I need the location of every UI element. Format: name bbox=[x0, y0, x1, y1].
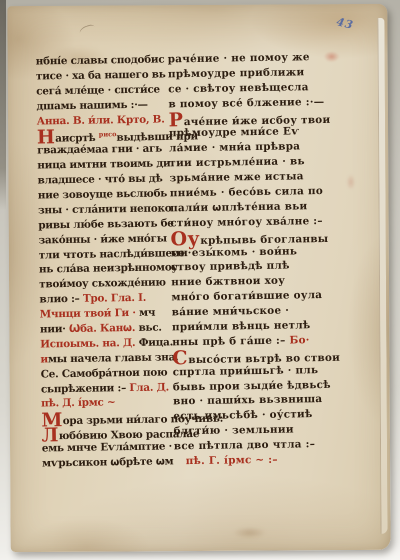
text-black: есть имьсѣбѣ · оу́стиѣ bbox=[173, 409, 312, 423]
text-black: дшамь нашимь :·— bbox=[36, 98, 147, 112]
text-red: рисо bbox=[99, 131, 117, 139]
drop-initial-red: Оу bbox=[170, 228, 200, 250]
text-black: сега́ мле́ще · спсти́се bbox=[36, 83, 160, 97]
text-black: ривы лю́бе вьзають бе bbox=[38, 217, 173, 231]
manuscript-line: мѵрьсикон ѡбрѣте ѡм bbox=[42, 455, 163, 472]
text-black: ние зовоуще вьслюбь bbox=[38, 187, 167, 201]
manuscript-line: пѣ. Г. і́рмс ~ :– bbox=[174, 452, 352, 470]
text-black: емь мнче Еѵла́мптие · bbox=[42, 441, 172, 455]
text-red: Мчнци твои́ Ги · bbox=[40, 307, 140, 321]
text-black: нбні́е славы сподобис bbox=[36, 53, 165, 67]
drop-initial-red: Р bbox=[169, 109, 184, 131]
text-red: Тро. Гла. І. bbox=[83, 292, 146, 305]
text-black: зако́нны · и́же мно́гы bbox=[38, 232, 166, 246]
text-black: твои́моу сьхожде́нию bbox=[39, 277, 166, 291]
text-black: вьс. bbox=[138, 322, 161, 334]
text-black: все пѣтпла дво чтла :– bbox=[174, 438, 316, 452]
text-red: Анна. В. и́ли. Крто, В. bbox=[37, 113, 165, 127]
text-black: прѣмоудре мни́се Еѵ bbox=[169, 126, 299, 140]
faint-scribble bbox=[78, 23, 96, 38]
text-column-left: нбні́е славы сподобистисе · ха ба нашего… bbox=[36, 53, 164, 472]
text-black: вно · паши́хь вьзвниша bbox=[173, 394, 322, 408]
text-black: зны · стла́нити непоко bbox=[38, 202, 172, 216]
text-black: прѣмоудре приближи bbox=[168, 66, 305, 80]
text-black: владшесе · что́ вы дѣ bbox=[38, 173, 163, 187]
folio-number: 43 bbox=[335, 15, 355, 32]
text-black: мно́го богати́вшие оула bbox=[171, 289, 322, 303]
drop-initial-red: Л bbox=[41, 424, 58, 446]
text-column-right: раче́ние · не помоу жепрѣмоудре приближи… bbox=[168, 50, 353, 470]
text-black: тисе · ха ба нашего вь bbox=[36, 68, 166, 82]
text-red: Бо· bbox=[289, 334, 309, 346]
text-black: ла́мие · мни́а прѣвра bbox=[169, 141, 300, 155]
text-red: Ѡба. Канѡ. bbox=[69, 322, 139, 335]
text-black: прии́мли вѣнць нетлѣ bbox=[172, 319, 311, 333]
text-black: ствоу привѣдѣ плѣ bbox=[171, 260, 290, 274]
text-black: бывь прои зыди́е ѣдвьсѣ bbox=[173, 378, 331, 392]
text-red: Испоымь. на. Д. bbox=[40, 337, 139, 351]
text-black: ница имтни твоимь ди bbox=[37, 158, 170, 172]
text-black: сьпрѣжении :– bbox=[41, 382, 130, 395]
text-black: мы начела главы зна. bbox=[48, 351, 179, 365]
text-red: пѣ. Г. і́рмс ~ :– bbox=[186, 454, 278, 467]
text-black: гваждае́маа гни · агь bbox=[37, 143, 162, 157]
brown-stain bbox=[233, 527, 267, 539]
manuscript-page: 43 нбні́е славы сподобистисе · ха ба наш… bbox=[7, 4, 390, 552]
text-black: нь сла́ва неизрѣнномоу bbox=[39, 262, 178, 276]
drop-initial-red: С bbox=[172, 347, 188, 369]
text-red: пѣ. Д. і́рмс ~ bbox=[41, 397, 115, 410]
text-black bbox=[174, 455, 186, 467]
text-black: тли чтоть наслѣди́вшесе · bbox=[39, 247, 191, 261]
text-red: Гла. Д. bbox=[129, 381, 169, 394]
text-black: мч bbox=[139, 307, 155, 319]
text-black: Фица. bbox=[139, 336, 174, 349]
text-black: мѵрьсикон ѡбрѣте ѡм bbox=[42, 455, 174, 469]
text-black: блгти́ю · земльнии bbox=[173, 424, 293, 438]
page-right-edge bbox=[377, 18, 387, 534]
text-black: спртла прии́шьгѣ · пль bbox=[173, 364, 319, 378]
text-black: зрьма́ние мже истыа bbox=[170, 170, 304, 184]
text-black: се · свѣтоу невѣщесла bbox=[168, 81, 309, 95]
text-black: нны прѣ б га́ше :– bbox=[172, 334, 289, 348]
text-black: влио :– bbox=[39, 293, 83, 306]
text-black: Се. Самобра́тнои пою bbox=[41, 366, 168, 380]
drop-initial-red: Н bbox=[37, 127, 55, 149]
text-black: пние́мь · бесо́вь сила по bbox=[170, 185, 323, 199]
text-black: в помоу все́ блжение :·— bbox=[168, 96, 324, 110]
text-black: ва́ние мни́чьское · bbox=[172, 305, 290, 319]
text-black: тии истрьмле́ниа · вь bbox=[169, 156, 305, 170]
text-black: нии· bbox=[40, 323, 69, 335]
text-black: нние бжтвнои хоу bbox=[171, 275, 285, 289]
text-black: пали́и ѡплѣте́ниа вьи bbox=[170, 200, 308, 214]
text-block: нбні́е славы сподобистисе · ха ба нашего… bbox=[36, 50, 353, 472]
photo-backdrop-edge bbox=[0, 0, 6, 210]
text-black: раче́ние · не помоу же bbox=[168, 51, 310, 65]
